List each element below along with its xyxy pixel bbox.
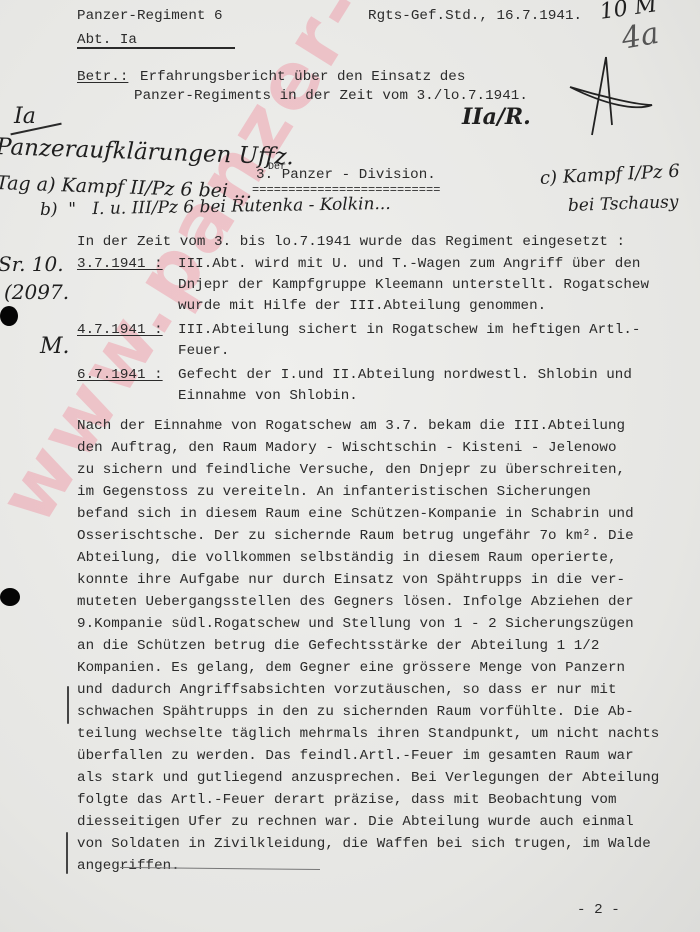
handwritten-margin-line: Panzeraufklärungen Uffz. [0, 134, 294, 170]
handwritten-margin-right: c) Kampf I/Pz 6 [539, 161, 680, 189]
body-line: Nach der Einnahme von Rogatschew am 3.7.… [77, 416, 625, 436]
margin-mark [66, 832, 68, 874]
department-underline [77, 47, 235, 49]
body-line: und dadurch Angriffsabsichten vorzutäusc… [77, 680, 617, 700]
handwritten-folio: 4a [619, 16, 662, 57]
entry-line: Gefecht der I.und II.Abteilung nordwestl… [178, 365, 632, 385]
entry-line: III.Abt. wird mit U. und T.-Wagen zum An… [178, 254, 640, 274]
handwritten-margin-note: Sr. 10. [0, 252, 64, 276]
body-line: befand sich in diesem Raum eine Schützen… [77, 504, 634, 524]
handwritten-margin-note: M. [40, 334, 70, 359]
body-line: überfallen zu werden. Das feindl.Artl.-F… [77, 746, 634, 766]
body-line: teilung wechselte täglich mehrmals ihren… [77, 724, 659, 744]
entry-line: III.Abteilung sichert in Rogatschew im h… [178, 320, 640, 340]
body-line: Abteilung, die vollkommen selbständig in… [77, 548, 617, 568]
entry-date: 3.7.1941 : [77, 254, 163, 274]
handwritten-margin-note: (2097. [4, 280, 69, 304]
body-line: von Soldaten in Zivilkleidung, die Waffe… [77, 834, 651, 854]
body-line: als stark und gutliegend anzusprechen. B… [77, 768, 659, 788]
body-line: Kompanien. Es gelang, dem Gegner eine gr… [77, 658, 625, 678]
handwritten-margin-right: bei Tschausy [568, 192, 679, 216]
page-number: - 2 - [577, 900, 620, 920]
body-line: angegriffen. [77, 856, 180, 876]
punch-hole [0, 588, 20, 606]
entry-date: 6.7.1941 : [77, 365, 163, 385]
subject-line-1: Erfahrungsbericht über den Einsatz des [140, 67, 465, 87]
body-line: an die Schützen betrug die Gefechtsstärk… [77, 636, 599, 656]
location-date: Rgts-Gef.Std., 16.7.1941. [368, 6, 582, 26]
body-line: muteten Uebergangsstellen des Gegners lö… [77, 592, 634, 612]
body-line: im Gegenstoss zu vereiteln. An infanteri… [77, 482, 591, 502]
body-line: konnte ihre Aufgabe nur durch Einsatz vo… [77, 570, 625, 590]
body-line: folgte das Artl.-Feuer derart präzise, d… [77, 790, 617, 810]
document-page: www.panzer-elite.org Panzer-Regiment 6 R… [0, 0, 700, 932]
subject-label: Betr.: [77, 67, 128, 87]
unit-name: Panzer-Regiment 6 [77, 6, 223, 26]
entry-line: wurde mit Hilfe der III.Abteilung genomm… [178, 296, 546, 316]
punch-hole [0, 306, 18, 326]
handwritten-ia: Ia [14, 104, 36, 129]
entry-line: Dnjepr der Kampfgruppe Kleemann unterste… [178, 275, 649, 295]
body-line: 9.Kompanie südl.Rogatschew und Stellung … [77, 614, 634, 634]
body-line: zu sichern und feindliche Versuche, den … [77, 460, 625, 480]
subject-line-2: Panzer-Regiments in der Zeit vom 3./lo.7… [134, 86, 528, 106]
handwritten-initials: IIa/R. [462, 104, 531, 130]
handwritten-margin-line: b) " I. u. III/Pz 6 bei Rutenka - Kolkin… [40, 194, 391, 220]
body-line: schwachen Spähtrupps in den zu sichernde… [77, 702, 634, 722]
signature-icon [566, 55, 656, 140]
body-line: diesseitigen Ufer zu rechnen war. Die Ab… [77, 812, 634, 832]
margin-mark [67, 686, 69, 724]
entry-line: Einnahme von Shlobin. [178, 386, 358, 406]
entry-date: 4.7.1941 : [77, 320, 163, 340]
body-line: den Auftrag, den Raum Madory - Wischtsch… [77, 438, 617, 458]
intro-text: In der Zeit vom 3. bis lo.7.1941 wurde d… [77, 232, 625, 252]
body-line: Osserischtsche. Der zu sichernde Raum be… [77, 526, 634, 546]
entry-line: Feuer. [178, 341, 229, 361]
